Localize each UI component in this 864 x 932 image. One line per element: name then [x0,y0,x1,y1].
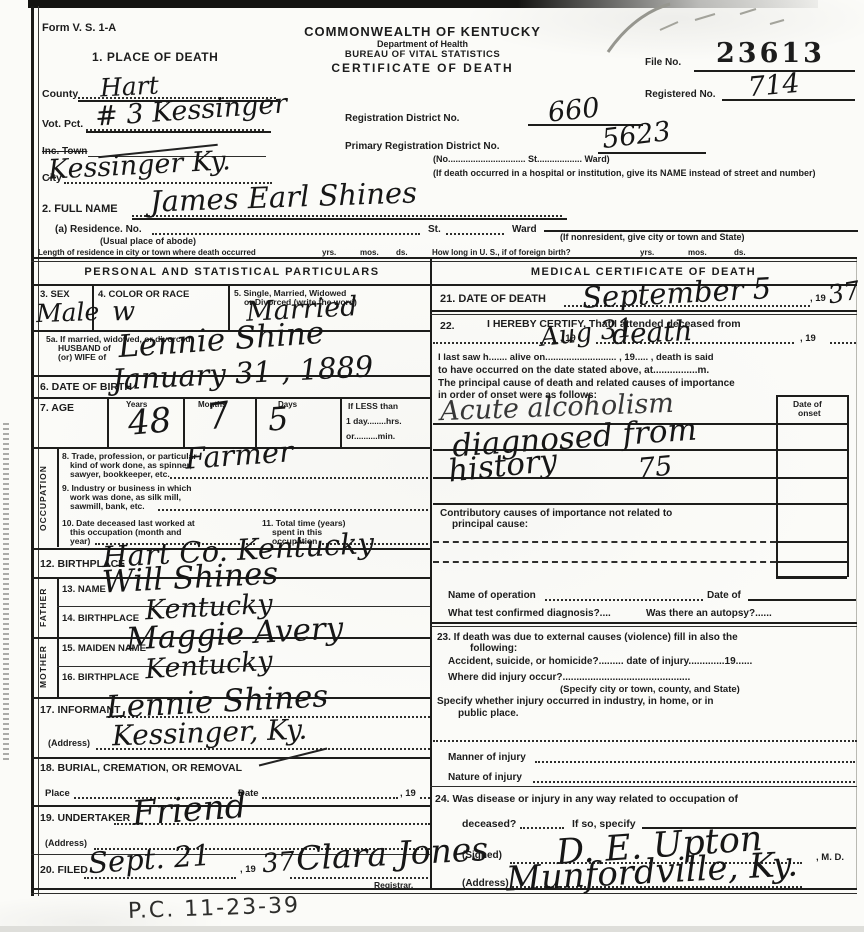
manner-of-injury-label: Manner of injury [448,752,526,763]
external-causes-label-1: 23. If death was due to external causes … [437,632,738,643]
column-divider [430,257,432,889]
place-of-death-title: 1. PLACE OF DEATH [92,50,218,64]
md-label: , M. D. [816,852,844,863]
death-certificate-scan: Form V. S. 1-A 1. PLACE OF DEATH COMMONW… [0,0,864,932]
full-name-label: 2. FULL NAME [42,203,118,215]
filed-year-label: , 19 [240,864,256,875]
onset-row-rule [776,477,847,479]
age-days-value: 5 [267,399,290,438]
rule [430,310,857,312]
onset-label-2: onset [798,408,821,418]
contributory-line [433,541,776,543]
personal-section-title: PERSONAL AND STATISTICAL PARTICULARS [34,266,430,278]
mos-label-1: mos. [360,248,379,257]
occurred-text: to have occurred on the date stated abov… [438,365,709,376]
registered-no-value: 714 [747,68,801,103]
margin-text-illegible [3,420,9,760]
cell-divider [183,397,185,447]
onset-box-right [847,395,849,577]
street-line [446,233,504,235]
mos-label-2: mos. [688,248,707,257]
street-note: (No............................... St...… [433,154,610,164]
trade-line [170,477,428,479]
filed-label: 20. FILED [40,864,88,876]
contributory-label-2: principal cause: [452,519,528,530]
attended-to-year-line [830,342,856,344]
ds-label-1: ds. [396,248,408,257]
manner-of-injury-line [535,761,855,763]
father-side-label: FATHER [38,580,48,634]
registered-no-line [722,99,855,101]
mother-side-label: MOTHER [38,640,48,694]
occupation-related-label-2: deceased? [462,818,516,830]
rule [430,314,857,315]
file-no-value: 23613 [716,38,825,69]
ds-label-2: ds. [734,248,746,257]
registered-no-label: Registered No. [645,89,716,100]
industry-line [158,509,428,511]
informant-address-label: (Address) [48,738,90,748]
abode-note: (Usual place of abode) [100,236,196,246]
trade-value: Farmer [184,434,294,475]
cell-divider [340,397,342,447]
bottom-scan-edge [0,926,864,932]
side-strip-divider [57,577,59,637]
reg-district-value: 660 [547,92,602,128]
physician-address-label: (Address) [462,878,509,889]
bottom-border [31,888,857,890]
primary-district-label: Primary Registration District No. [345,141,499,152]
injury-blank-line [433,740,857,742]
rule [430,626,857,627]
contributory-label-1: Contributory causes of importance not re… [440,508,672,519]
external-causes-label-2: following: [470,643,517,654]
if-less-label-2: 1 day........hrs. [346,416,402,426]
nature-of-injury-label: Nature of injury [448,772,522,783]
where-injury-label: Where did injury occur?.................… [448,672,690,683]
registrar-label: Registrar. [374,880,413,890]
onset-box-bottom [776,576,847,579]
street-label: St. [428,224,441,235]
registrar-line [290,877,428,879]
burial-year-label: , 19 [400,788,416,799]
side-strip-divider [57,447,59,547]
undertaker-value: Friend [131,786,248,834]
operation-date-line [748,599,856,601]
test-label: What test confirmed diagnosis?.... [448,608,611,619]
age-months-value: 7 [204,395,232,439]
hospital-note: (If death occurred in a hospital or inst… [433,168,816,178]
precinct-label: Vot. Pct. [42,118,83,130]
industry-label-3: sawmill, bank, etc. [70,501,145,511]
bottom-border-inner [31,893,857,894]
bureau-subtitle: BUREAU OF VITAL STATISTICS [290,49,555,60]
left-border-outer [31,6,34,896]
onset-row-rule [776,541,847,543]
right-border [856,258,857,890]
residence-line [152,233,420,235]
filed-date-value: Sept. 21 [87,838,212,880]
cause-of-death-note: 75 [637,451,674,485]
primary-district-value: 5623 [600,116,672,155]
attended-from-line [433,342,558,344]
if-less-label-3: or..........min. [346,431,395,441]
ward-label: Ward [512,224,537,235]
onset-row-rule [776,449,847,451]
rule [31,397,430,399]
registrar-signature: Clara Jones [295,829,489,878]
reg-district-label: Registration District No. [345,113,459,124]
age-label: 7. AGE [40,402,74,414]
date-of-death-year-label: , 19 [810,293,826,304]
residence-label: (a) Residence. No. [55,224,142,235]
father-name-label: 13. NAME [62,584,106,595]
date-of-death-year-value: 37 [826,275,862,309]
date-of-death-label: 21. DATE OF DEATH [440,293,546,305]
burial-year-line [420,797,430,799]
side-strip-divider [57,637,59,697]
contributory-line [433,561,776,563]
operation-date-label: Date of [707,590,741,601]
last-saw-text: I last saw h....... alive on............… [438,352,714,363]
yrs-label-1: yrs. [322,248,336,257]
autopsy-label: Was there an autopsy?...... [646,608,772,619]
informant-address-value: Kessinger, Ky. [111,713,307,753]
undertaker-address-label: (Address) [45,838,87,848]
onset-row-rule [776,561,847,563]
age-years-value: 48 [126,400,173,444]
onset-box-top [776,395,847,397]
onset-row-rule [776,503,847,505]
nonresident-note: (If nonresident, give city or town and S… [560,232,745,242]
file-no-label: File No. [645,57,681,68]
cell-divider [107,397,109,447]
rule [430,622,857,624]
if-less-label-1: If LESS than [348,401,398,411]
county-label: County [42,88,78,100]
length-of-residence-label: Length of residence in city or town wher… [38,248,256,257]
burial-place-label: Place [45,788,70,799]
operation-label: Name of operation [448,590,536,601]
medical-section-title: MEDICAL CERTIFICATE OF DEATH [430,266,857,278]
mother-birthplace-label: 16. BIRTHPLACE [62,672,139,683]
attended-to-year: , 19 [800,333,816,344]
occupation-related-label-1: 24. Was disease or injury in any way rel… [435,793,738,805]
principal-cause-text-1: The principal cause of death and related… [438,378,735,389]
rule [31,757,430,759]
rule [430,786,857,787]
cause-line [433,503,776,505]
item22-number: 22. [440,320,455,332]
signed-label: (Signed) [462,850,502,861]
burial-date-line [262,797,398,799]
filed-year-value: 37 [261,847,297,880]
specify-city-note: (Specify city or town, county, and State… [560,684,740,695]
race-value: w [112,296,135,327]
accident-label: Accident, suicide, or homicide?.........… [448,656,752,667]
burial-label: 18. BURIAL, CREMATION, OR REMOVAL [40,762,242,774]
operation-line [545,599,703,601]
sex-value: Male [36,297,100,328]
deceased-line [520,827,564,829]
left-border-inner [38,6,39,896]
pencil-note: P.C. 11-23-39 [128,893,301,924]
physician-address-value: Munfordville, Ky. [505,844,799,899]
rule [31,284,430,286]
department-subtitle: Department of Health [290,39,555,49]
certificate-title: CERTIFICATE OF DEATH [290,61,555,75]
yrs-label-2: yrs. [640,248,654,257]
how-long-label: How long in U. S., if of foreign birth? [432,248,571,257]
full-name-line-solid [132,218,567,220]
attended-from-year: , 19 [560,333,576,344]
spouse-label-3: (or) WIFE of [58,352,106,362]
section-top-rule [31,257,857,259]
occupation-side-label: OCCUPATION [38,452,48,544]
last-worked-label-3: year) [70,536,90,546]
form-number: Form V. S. 1-A [42,22,116,34]
section-top-rule-inner [31,261,857,262]
attended-to-value: death [611,314,693,351]
trade-label-3: sawyer, bookkeeper, etc. [70,469,170,479]
specify-injury-label-1: Specify whether injury occurred in indus… [437,696,714,707]
nature-of-injury-line [533,781,855,783]
onset-row-rule [776,423,847,425]
commonwealth-title: COMMONWEALTH OF KENTUCKY [290,24,555,39]
specify-injury-label-2: public place. [458,708,519,719]
